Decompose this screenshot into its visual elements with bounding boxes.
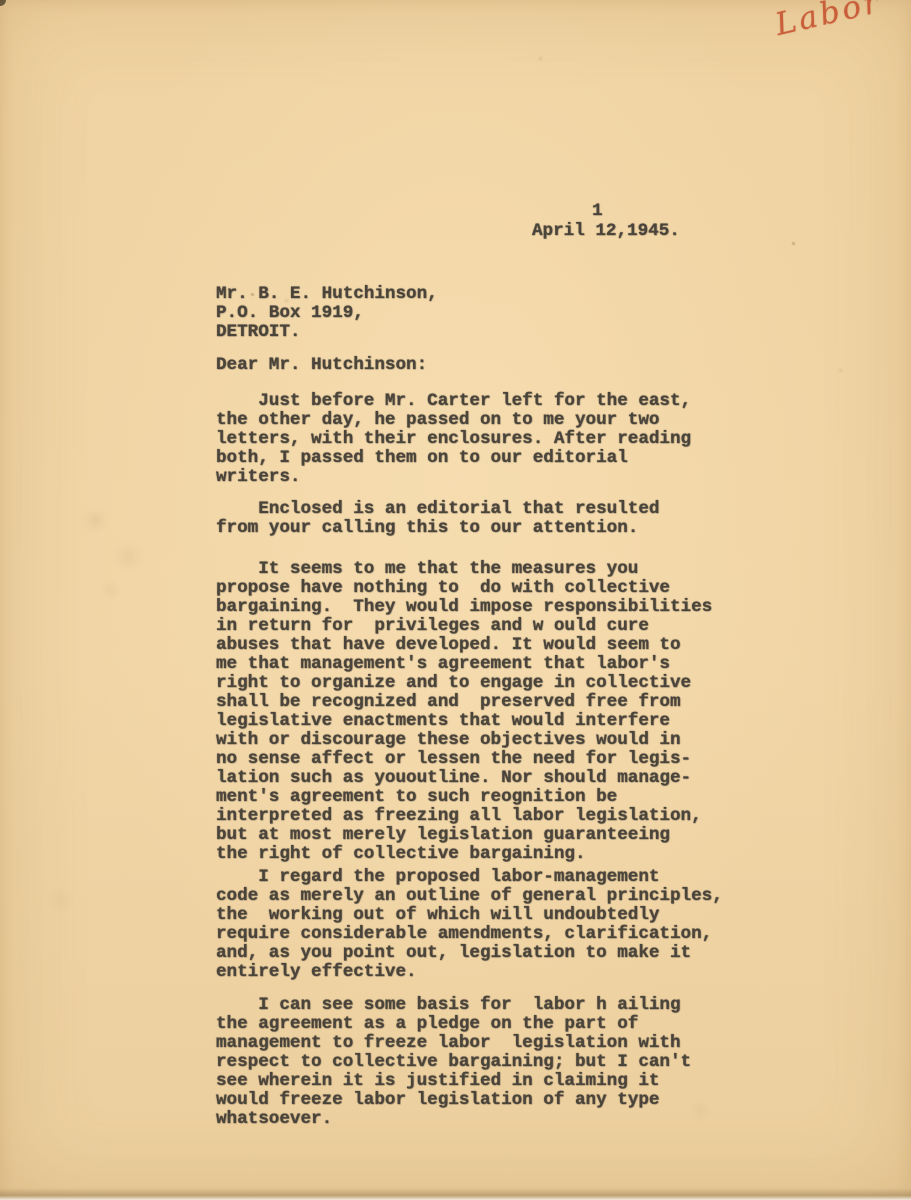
paragraph-1: Just before Mr. Carter left for the east… <box>216 392 691 487</box>
date-line: April 12,1945. <box>532 222 680 241</box>
paragraph-5: I can see some basis for labor h ailing … <box>216 996 691 1129</box>
letter-page: Labor 1 April 12,1945. Mr. B. E. Hutchin… <box>0 0 911 1200</box>
paragraph-3: It seems to me that the measures you pro… <box>216 560 712 864</box>
salutation: Dear Mr. Hutchinson: <box>216 356 427 375</box>
scan-corner-mark <box>0 0 6 6</box>
handwritten-label: Labor <box>772 0 885 43</box>
paragraph-4: I regard the proposed labor-management c… <box>216 868 723 982</box>
paragraph-2: Enclosed is an editorial that resulted f… <box>216 500 659 538</box>
page-number: 1 <box>592 202 603 221</box>
recipient-address: Mr. B. E. Hutchinson, P.O. Box 1919, DET… <box>216 285 438 342</box>
scan-bottom-edge <box>0 1188 911 1200</box>
